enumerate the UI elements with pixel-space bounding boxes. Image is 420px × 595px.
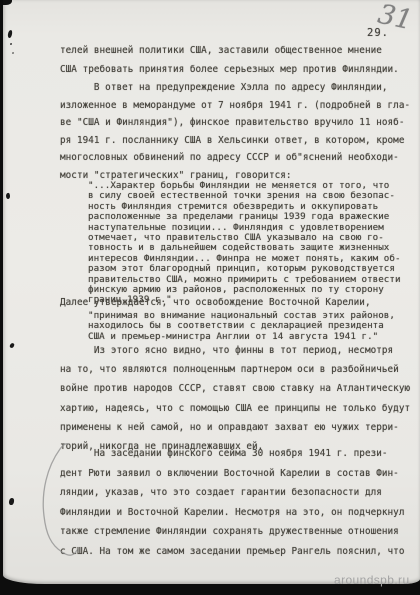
ink-speck — [12, 52, 14, 54]
quote-block: "принимая во внимание национальный соста… — [88, 311, 395, 342]
paragraph: В ответ на предупреждение Хэлла по адрес… — [60, 79, 410, 185]
ink-speck — [10, 43, 12, 45]
watermark: aroundspb.ru — [334, 573, 410, 587]
ink-speck — [9, 498, 14, 505]
paragraph: На заседании финского сейма 30 ноября 19… — [60, 444, 404, 561]
paragraph-continuation: телей внешней политики США, заставили об… — [60, 42, 399, 79]
quote-block: "...Характер борьбы Финляндии не меняетс… — [88, 181, 401, 306]
paragraph: Из этого ясно видно, что финны в тот пер… — [60, 341, 410, 456]
typed-page-number: 29. — [367, 27, 389, 39]
scanned-document-screenshot: { "page": { "handwritten_number": "31", … — [0, 0, 420, 595]
scan-corner-notch — [3, 0, 12, 5]
